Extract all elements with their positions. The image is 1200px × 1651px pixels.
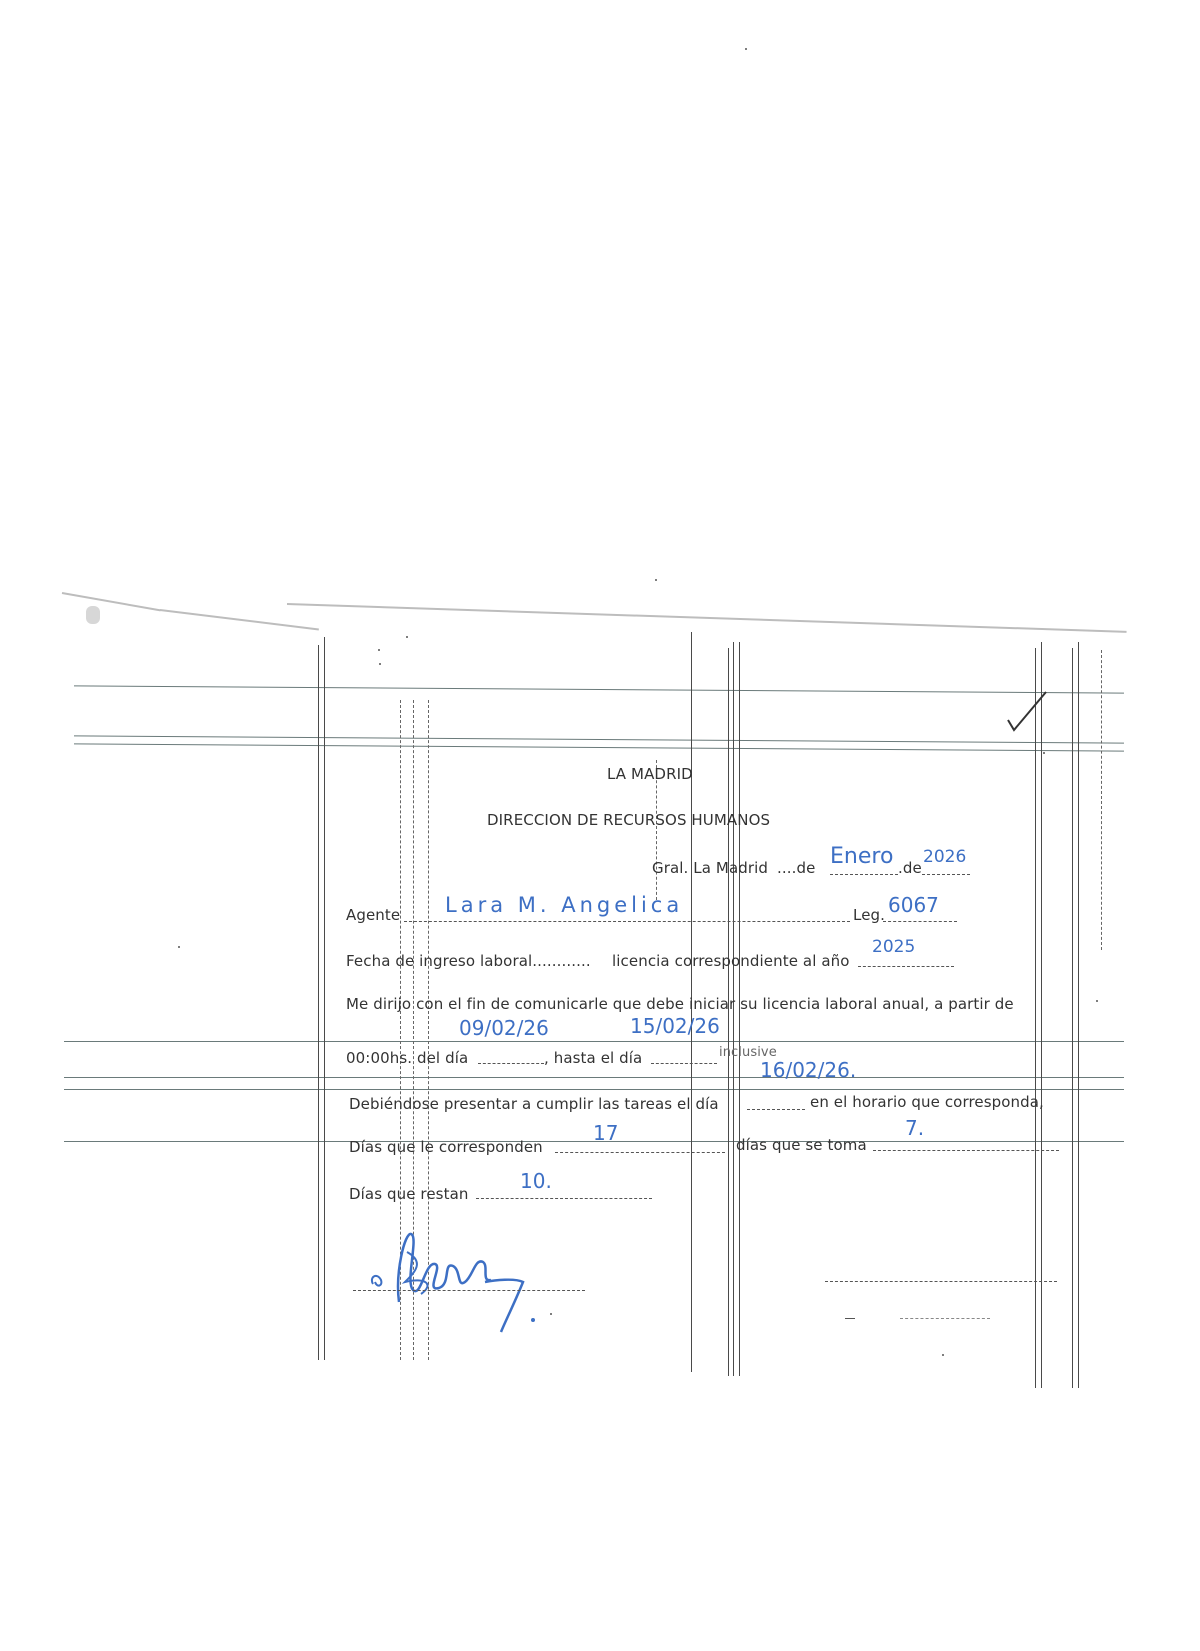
torn-edge-left-2 [160, 609, 319, 630]
from-line [478, 1063, 544, 1064]
check-mark-icon [1004, 690, 1050, 734]
agent-line [404, 921, 850, 922]
col-line-1a [318, 645, 319, 1360]
department-title: DIRECCION DE RECURSOS HUMANOS [487, 811, 770, 829]
entry-date-label: Fecha de ingreso laboral............ [346, 952, 591, 970]
footer-line-right [900, 1318, 990, 1319]
to-date-value: 15/02/26 [630, 1014, 720, 1038]
return-date-value: 16/02/26. [760, 1058, 856, 1082]
rule-2 [74, 735, 1124, 743]
month-value: Enero [830, 844, 893, 869]
signature-line-right [825, 1281, 1057, 1282]
rule-3 [74, 743, 1124, 751]
from-label: 00:00hs. del día [346, 1049, 468, 1067]
license-year-line [858, 966, 954, 967]
days-taken-value: 7. [905, 1116, 924, 1140]
legajo-value: 6067 [888, 893, 939, 917]
col-line-5b [1078, 642, 1079, 1388]
days-remaining-value: 10. [520, 1169, 552, 1193]
days-taken-label: días que se toma [736, 1136, 867, 1154]
signature-line-left [353, 1290, 585, 1291]
col-line-4a [1035, 648, 1036, 1388]
year-line [922, 874, 970, 875]
return-suffix: en el horario que corresponda, [810, 1093, 1044, 1111]
agent-name-value: Lara M. Angelica [445, 893, 683, 917]
col-line-4b [1041, 642, 1042, 1388]
dash-mark [845, 1318, 855, 1319]
legajo-line [883, 921, 957, 922]
days-taken-line [873, 1150, 1059, 1151]
to-label: , hasta el día [544, 1049, 642, 1067]
signature-scribble [365, 1222, 555, 1342]
speck [745, 48, 747, 50]
rule-6 [64, 1089, 1124, 1090]
license-year-value: 2025 [872, 937, 915, 957]
to-line [651, 1063, 717, 1064]
days-remaining-line [476, 1198, 652, 1199]
year-value: 2026 [923, 847, 966, 867]
speck [379, 663, 381, 665]
municipality-title: LA MADRID [607, 765, 693, 783]
speck [1043, 752, 1045, 754]
speck [942, 1354, 944, 1356]
rule-1 [74, 685, 1124, 693]
rule-4 [64, 1041, 1124, 1042]
from-date-value: 09/02/26 [459, 1016, 549, 1040]
return-label: Debiéndose presentar a cumplir las tarea… [349, 1095, 719, 1113]
year-label: .de [898, 859, 922, 877]
intro-text: Me dirijo con el fin de comunicarle que … [346, 995, 1014, 1013]
speck [378, 649, 380, 651]
agent-label: Agente [346, 906, 400, 924]
place-label: Gral. La Madrid [652, 859, 768, 877]
day-label: ....de [777, 859, 815, 877]
speck [1096, 1000, 1098, 1002]
col-line-1b [324, 637, 325, 1360]
speck [178, 946, 180, 948]
license-year-label: licencia correspondiente al año [612, 952, 850, 970]
days-entitled-line [555, 1152, 725, 1153]
rule-5 [64, 1077, 1124, 1078]
dash-artifact-5 [1101, 650, 1102, 950]
torn-edge-left [62, 592, 161, 611]
month-line [830, 874, 898, 875]
col-line-5a [1072, 648, 1073, 1388]
legajo-label: Leg. [853, 906, 885, 924]
days-remaining-label: Días que restan [349, 1185, 468, 1203]
paper-smudge [86, 606, 100, 624]
days-entitled-label: Días que le corresponden [349, 1138, 543, 1156]
speck [550, 1313, 552, 1315]
days-entitled-value: 17 [593, 1121, 618, 1145]
torn-edge-top [287, 603, 1127, 633]
speck [406, 636, 408, 638]
speck [655, 579, 657, 581]
return-line [747, 1109, 805, 1110]
